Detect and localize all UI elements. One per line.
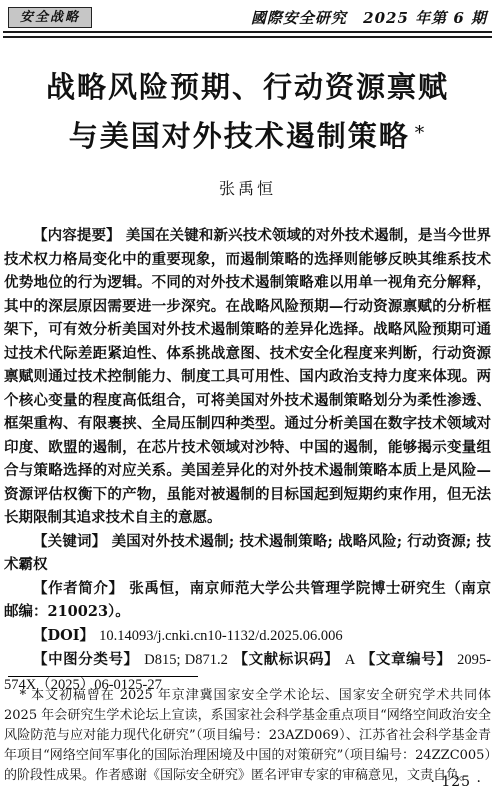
author-bio-label: 【作者简介】 <box>33 580 124 597</box>
title-footnote-asterisk: * <box>415 122 427 144</box>
author-bio-line: 【作者简介】 张禹恒，南京师范大学公共管理学院博士研究生（南京 邮编：21002… <box>4 577 491 624</box>
keywords-label: 【关键词】 <box>33 533 106 550</box>
abstract-text: 美国在关键和新兴技术领域的对外技术遏制，是当今世界技术权力格局变化中的重要现象，… <box>4 227 491 526</box>
doc-code-value: A <box>345 652 355 668</box>
journal-page: 安全战略 國際安全研究 2025 年第 6 期 战略风险预期、行动资源禀赋 与美… <box>0 0 495 799</box>
footnote-block: * 本文初稿曾在 2025 年京津冀国家安全学术论坛、国家安全研究学术共同体 2… <box>4 676 491 786</box>
article-title-line1: 战略风险预期、行动资源禀赋 <box>46 70 449 104</box>
footnote-text-paragraph: * 本文初稿曾在 2025 年京津冀国家安全学术论坛、国家安全研究学术共同体 2… <box>4 686 491 786</box>
footnote-marker: * <box>20 688 27 703</box>
section-tag: 安全战略 <box>8 7 92 28</box>
clc-label: 【中图分类号】 <box>33 651 139 668</box>
journal-issue: 2025 年第 6 期 <box>363 9 487 27</box>
header-divider <box>3 31 492 38</box>
clc-value: D815; D871.2 <box>144 652 228 668</box>
journal-masthead: 國際安全研究 2025 年第 6 期 <box>251 7 489 28</box>
article-title: 战略风险预期、行动资源禀赋 与美国对外技术遏制策略* <box>10 64 485 159</box>
journal-name: 國際安全研究 <box>251 9 347 27</box>
footnote-text: 本文初稿曾在 2025 年京津冀国家安全学术论坛、国家安全研究学术共同体 202… <box>4 688 491 783</box>
page-header: 安全战略 國際安全研究 2025 年第 6 期 <box>0 0 495 28</box>
abstract-paragraph: 【内容提要】 美国在关键和新兴技术领域的对外技术遏制，是当今世界技术权力格局变化… <box>4 224 491 530</box>
doi-line: 【DOI】 10.14093/j.cnki.cn10-1132/d.2025.0… <box>4 624 491 649</box>
page-number: · 125 · <box>430 774 482 790</box>
doi-value: 10.14093/j.cnki.cn10-1132/d.2025.06.006 <box>99 628 343 644</box>
article-meta: 【内容提要】 美国在关键和新兴技术领域的对外技术遏制，是当今世界技术权力格局变化… <box>4 224 491 697</box>
author-name: 张禹恒 <box>0 176 495 199</box>
article-title-line2: 与美国对外技术遏制策略 <box>69 119 410 153</box>
article-no-label: 【文章编号】 <box>361 651 452 668</box>
footnote-divider <box>8 676 198 677</box>
abstract-label: 【内容提要】 <box>33 227 121 244</box>
doi-label: 【DOI】 <box>33 627 94 644</box>
doc-code-label: 【文献标识码】 <box>234 651 340 668</box>
keywords-line: 【关键词】 美国对外技术遏制; 技术遏制策略; 战略风险; 行动资源; 技术霸权 <box>4 530 491 577</box>
